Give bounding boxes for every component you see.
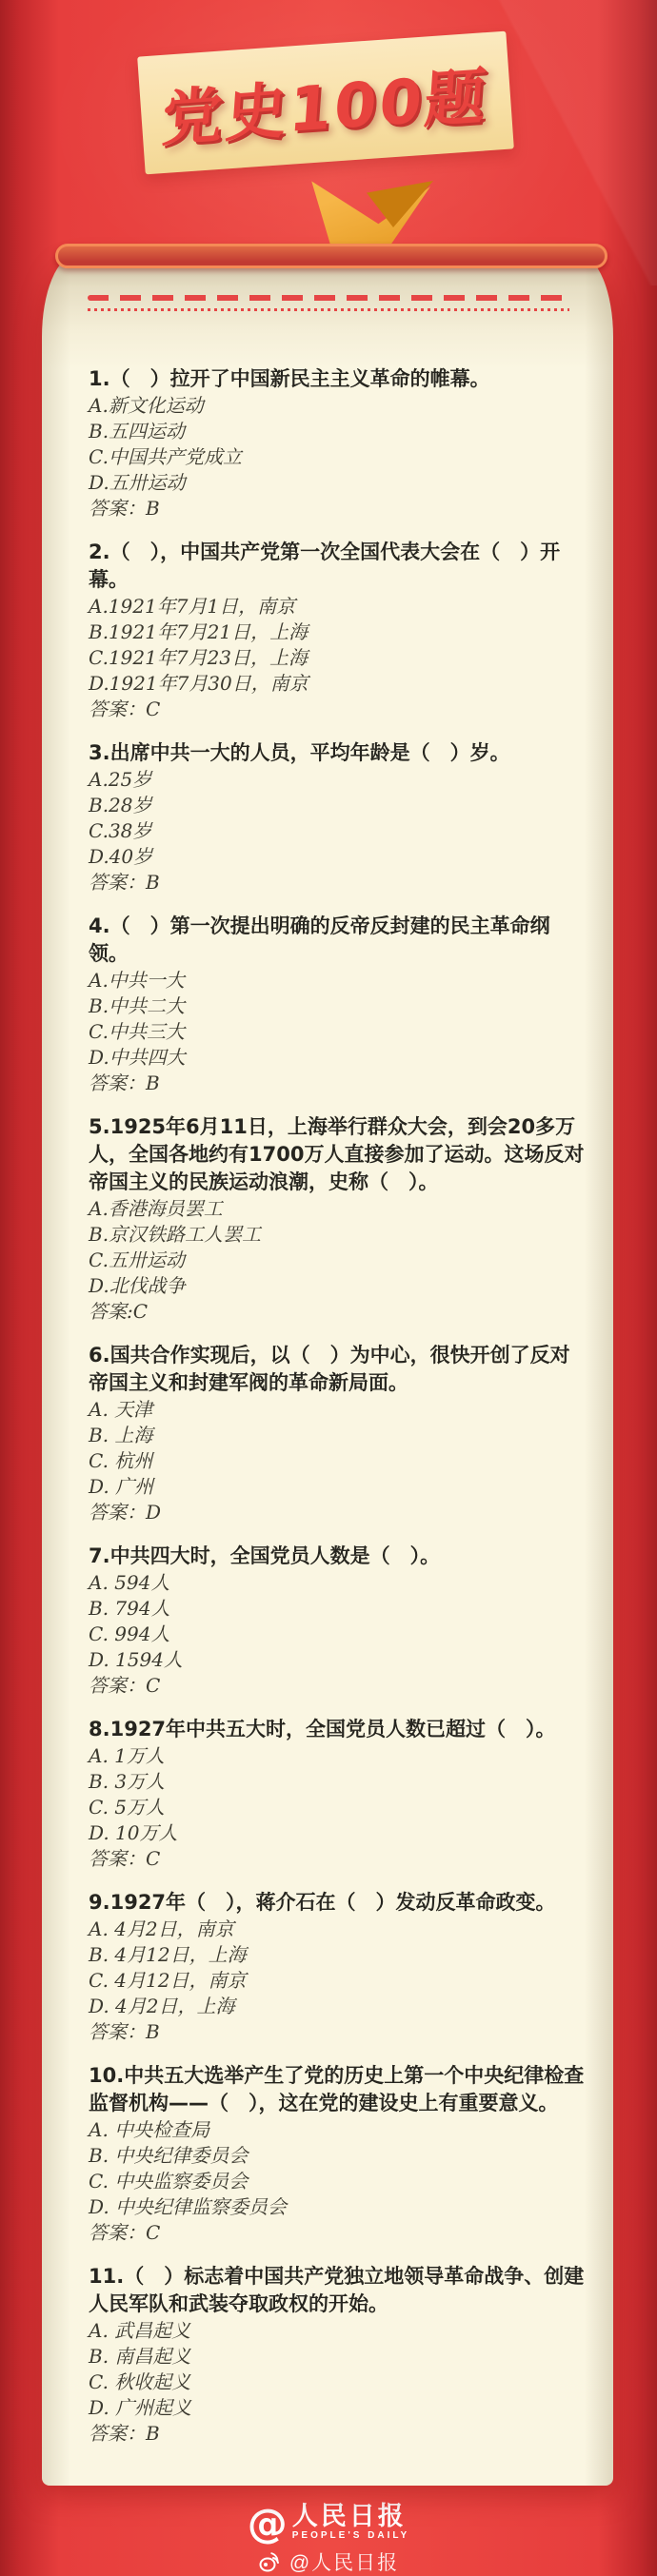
question-option: A. 1万人 xyxy=(89,1743,586,1769)
question-options: A.25岁B.28岁C.38岁D.40岁 xyxy=(89,767,586,870)
question-answer: 答案：B xyxy=(89,2421,586,2447)
question-stem: 10.中共五大选举产生了党的历史上第一个中央纪律检查监督机构——（ ），这在党的… xyxy=(89,2062,586,2117)
question-option: C. 秋收起义 xyxy=(89,2370,586,2395)
poster-background: 党史100题 1.（ ）拉开了中国新民主主义革命的帷幕。 A.新文化运动B.五四… xyxy=(0,0,657,2576)
question-block: 10.中共五大选举产生了党的历史上第一个中央纪律检查监督机构——（ ），这在党的… xyxy=(89,2062,586,2246)
question-option: B.中共二大 xyxy=(89,993,586,1019)
question-option: A.香港海员罢工 xyxy=(89,1196,586,1222)
question-option: A.新文化运动 xyxy=(89,393,586,419)
question-stem: 4.（ ）第一次提出明确的反帝反封建的民主革命纲领。 xyxy=(89,913,586,968)
question-option: D.1921年7月30日，南京 xyxy=(89,671,586,697)
question-stem: 6.国共合作实现后，以（ ）为中心，很快开创了反对帝国主义和封建军阀的革命新局面… xyxy=(89,1342,586,1397)
question-option: A. 中央检查局 xyxy=(89,2117,586,2143)
dotted-divider xyxy=(88,308,569,311)
question-answer: 答案：B xyxy=(89,2019,586,2045)
question-option: D. 广州 xyxy=(89,1474,586,1500)
question-option: D. 中央纪律监察委员会 xyxy=(89,2194,586,2220)
question-option: B. 4月12日，上海 xyxy=(89,1942,586,1968)
question-option: D.40岁 xyxy=(89,844,586,870)
question-answer: 答案：C xyxy=(89,1673,586,1699)
question-block: 4.（ ）第一次提出明确的反帝反封建的民主革命纲领。 A.中共一大B.中共二大C… xyxy=(89,913,586,1096)
question-option: C. 中央监察委员会 xyxy=(89,2169,586,2194)
question-answer: 答案：B xyxy=(89,870,586,895)
question-options: A.新文化运动B.五四运动C.中国共产党成立D.五卅运动 xyxy=(89,393,586,496)
question-answer: 答案：C xyxy=(89,1846,586,1872)
question-option: B. 中央纪律委员会 xyxy=(89,2143,586,2169)
question-option: B. 上海 xyxy=(89,1423,586,1448)
question-option: D. 10万人 xyxy=(89,1820,586,1846)
question-block: 6.国共合作实现后，以（ ）为中心，很快开创了反对帝国主义和封建军阀的革命新局面… xyxy=(89,1342,586,1525)
question-stem: 5.1925年6月11日，上海举行群众大会，到会20多万人，全国各地约有1700… xyxy=(89,1113,586,1196)
question-options: A.中共一大B.中共二大C.中共三大D.中共四大 xyxy=(89,968,586,1071)
question-options: A.香港海员罢工B.京汉铁路工人罢工C.五卅运动D.北伐战争 xyxy=(89,1196,586,1299)
poster-title: 党史100题 xyxy=(159,48,491,159)
question-options: A.1921年7月1日，南京B.1921年7月21日，上海C.1921年7月23… xyxy=(89,594,586,697)
logo-chinese-text: 人民日报 xyxy=(292,2503,409,2529)
question-option: B. 3万人 xyxy=(89,1769,586,1795)
question-option: C. 4月12日，南京 xyxy=(89,1968,586,1994)
question-answer: 答案:C xyxy=(89,1299,586,1325)
question-option: C.中共三大 xyxy=(89,1019,586,1045)
question-option: C. 杭州 xyxy=(89,1448,586,1474)
question-option: C. 994人 xyxy=(89,1622,586,1647)
question-stem: 8.1927年中共五大时，全国党员人数已超过（ ）。 xyxy=(89,1716,586,1743)
question-option: B.28岁 xyxy=(89,793,586,818)
question-option: B.五四运动 xyxy=(89,419,586,444)
question-option: D.五卅运动 xyxy=(89,470,586,496)
question-answer: 答案：C xyxy=(89,2220,586,2246)
question-option: B.1921年7月21日，上海 xyxy=(89,619,586,645)
question-block: 9.1927年（ ），蒋介石在（ ）发动反革命政变。 A. 4月2日，南京B. … xyxy=(89,1889,586,2045)
question-option: B.京汉铁路工人罢工 xyxy=(89,1222,586,1248)
question-stem: 11.（ ）标志着中国共产党独立地领导革命战争、创建人民军队和武装夺取政权的开始… xyxy=(89,2263,586,2318)
question-block: 11.（ ）标志着中国共产党独立地领导革命战争、创建人民军队和武装夺取政权的开始… xyxy=(89,2263,586,2447)
notepad-paper: 1.（ ）拉开了中国新民主主义革命的帷幕。 A.新文化运动B.五四运动C.中国共… xyxy=(42,255,613,2486)
question-option: D. 广州起义 xyxy=(89,2395,586,2421)
weibo-handle-text: @人民日报 xyxy=(289,2547,399,2576)
question-answer: 答案：C xyxy=(89,697,586,722)
question-block: 2.（ ），中国共产党第一次全国代表大会在（ ）开幕。 A.1921年7月1日，… xyxy=(89,539,586,722)
question-options: A. 中央检查局B. 中央纪律委员会C. 中央监察委员会D. 中央纪律监察委员会 xyxy=(89,2117,586,2220)
question-stem: 7.中共四大时，全国党员人数是（ ）。 xyxy=(89,1543,586,1570)
question-option: D. 1594人 xyxy=(89,1647,586,1673)
question-options: A. 4月2日，南京B. 4月12日，上海C. 4月12日，南京D. 4月2日，… xyxy=(89,1917,586,2019)
question-option: D.中共四大 xyxy=(89,1045,586,1071)
question-option: A. 4月2日，南京 xyxy=(89,1917,586,1942)
question-stem: 1.（ ）拉开了中国新民主主义革命的帷幕。 xyxy=(89,365,586,393)
weibo-icon xyxy=(258,2550,283,2573)
question-stem: 9.1927年（ ），蒋介石在（ ）发动反革命政变。 xyxy=(89,1889,586,1917)
question-options: A. 武昌起义B. 南昌起义C. 秋收起义D. 广州起义 xyxy=(89,2318,586,2421)
question-stem: 3.出席中共一大的人员，平均年龄是（ ）岁。 xyxy=(89,739,586,767)
question-options: A. 天津B. 上海C. 杭州D. 广州 xyxy=(89,1397,586,1500)
question-option: C.中国共产党成立 xyxy=(89,444,586,470)
question-option: A.25岁 xyxy=(89,767,586,793)
question-option: D.北伐战争 xyxy=(89,1273,586,1299)
question-answer: 答案：D xyxy=(89,1500,586,1525)
weibo-handle-row: @人民日报 xyxy=(258,2547,399,2576)
question-stem: 2.（ ），中国共产党第一次全国代表大会在（ ）开幕。 xyxy=(89,539,586,594)
question-option: C.五卅运动 xyxy=(89,1248,586,1273)
question-options: A. 594人B. 794人C. 994人D. 1594人 xyxy=(89,1570,586,1673)
question-option: C.38岁 xyxy=(89,818,586,844)
question-option: B. 南昌起义 xyxy=(89,2344,586,2370)
at-icon: @ xyxy=(248,2503,288,2545)
question-option: A. 武昌起义 xyxy=(89,2318,586,2344)
question-option: A.1921年7月1日，南京 xyxy=(89,594,586,619)
question-option: A. 天津 xyxy=(89,1397,586,1423)
question-block: 7.中共四大时，全国党员人数是（ ）。 A. 594人B. 794人C. 994… xyxy=(89,1543,586,1699)
question-option: C. 5万人 xyxy=(89,1795,586,1820)
question-block: 8.1927年中共五大时，全国党员人数已超过（ ）。 A. 1万人B. 3万人C… xyxy=(89,1716,586,1872)
question-block: 5.1925年6月11日，上海举行群众大会，到会20多万人，全国各地约有1700… xyxy=(89,1113,586,1325)
question-option: A. 594人 xyxy=(89,1570,586,1596)
question-option: B. 794人 xyxy=(89,1596,586,1622)
question-option: A.中共一大 xyxy=(89,968,586,993)
question-answer: 答案：B xyxy=(89,1071,586,1096)
notepad-binding-bar xyxy=(55,244,607,268)
question-options: A. 1万人B. 3万人C. 5万人D. 10万人 xyxy=(89,1743,586,1846)
question-list: 1.（ ）拉开了中国新民主主义革命的帷幕。 A.新文化运动B.五四运动C.中国共… xyxy=(89,365,586,2464)
logo-english-text: PEOPLE'S DAILY xyxy=(292,2530,409,2541)
dashed-divider xyxy=(88,295,569,301)
title-banner: 党史100题 xyxy=(137,31,514,175)
footer-logo: @ 人民日报 PEOPLE'S DAILY @人民日报 xyxy=(0,2503,657,2576)
question-option: D. 4月2日，上海 xyxy=(89,1994,586,2019)
question-block: 1.（ ）拉开了中国新民主主义革命的帷幕。 A.新文化运动B.五四运动C.中国共… xyxy=(89,365,586,521)
question-block: 3.出席中共一大的人员，平均年龄是（ ）岁。 A.25岁B.28岁C.38岁D.… xyxy=(89,739,586,895)
question-option: C.1921年7月23日，上海 xyxy=(89,645,586,671)
peoples-daily-logo: @ 人民日报 PEOPLE'S DAILY xyxy=(248,2503,409,2545)
question-answer: 答案：B xyxy=(89,496,586,521)
